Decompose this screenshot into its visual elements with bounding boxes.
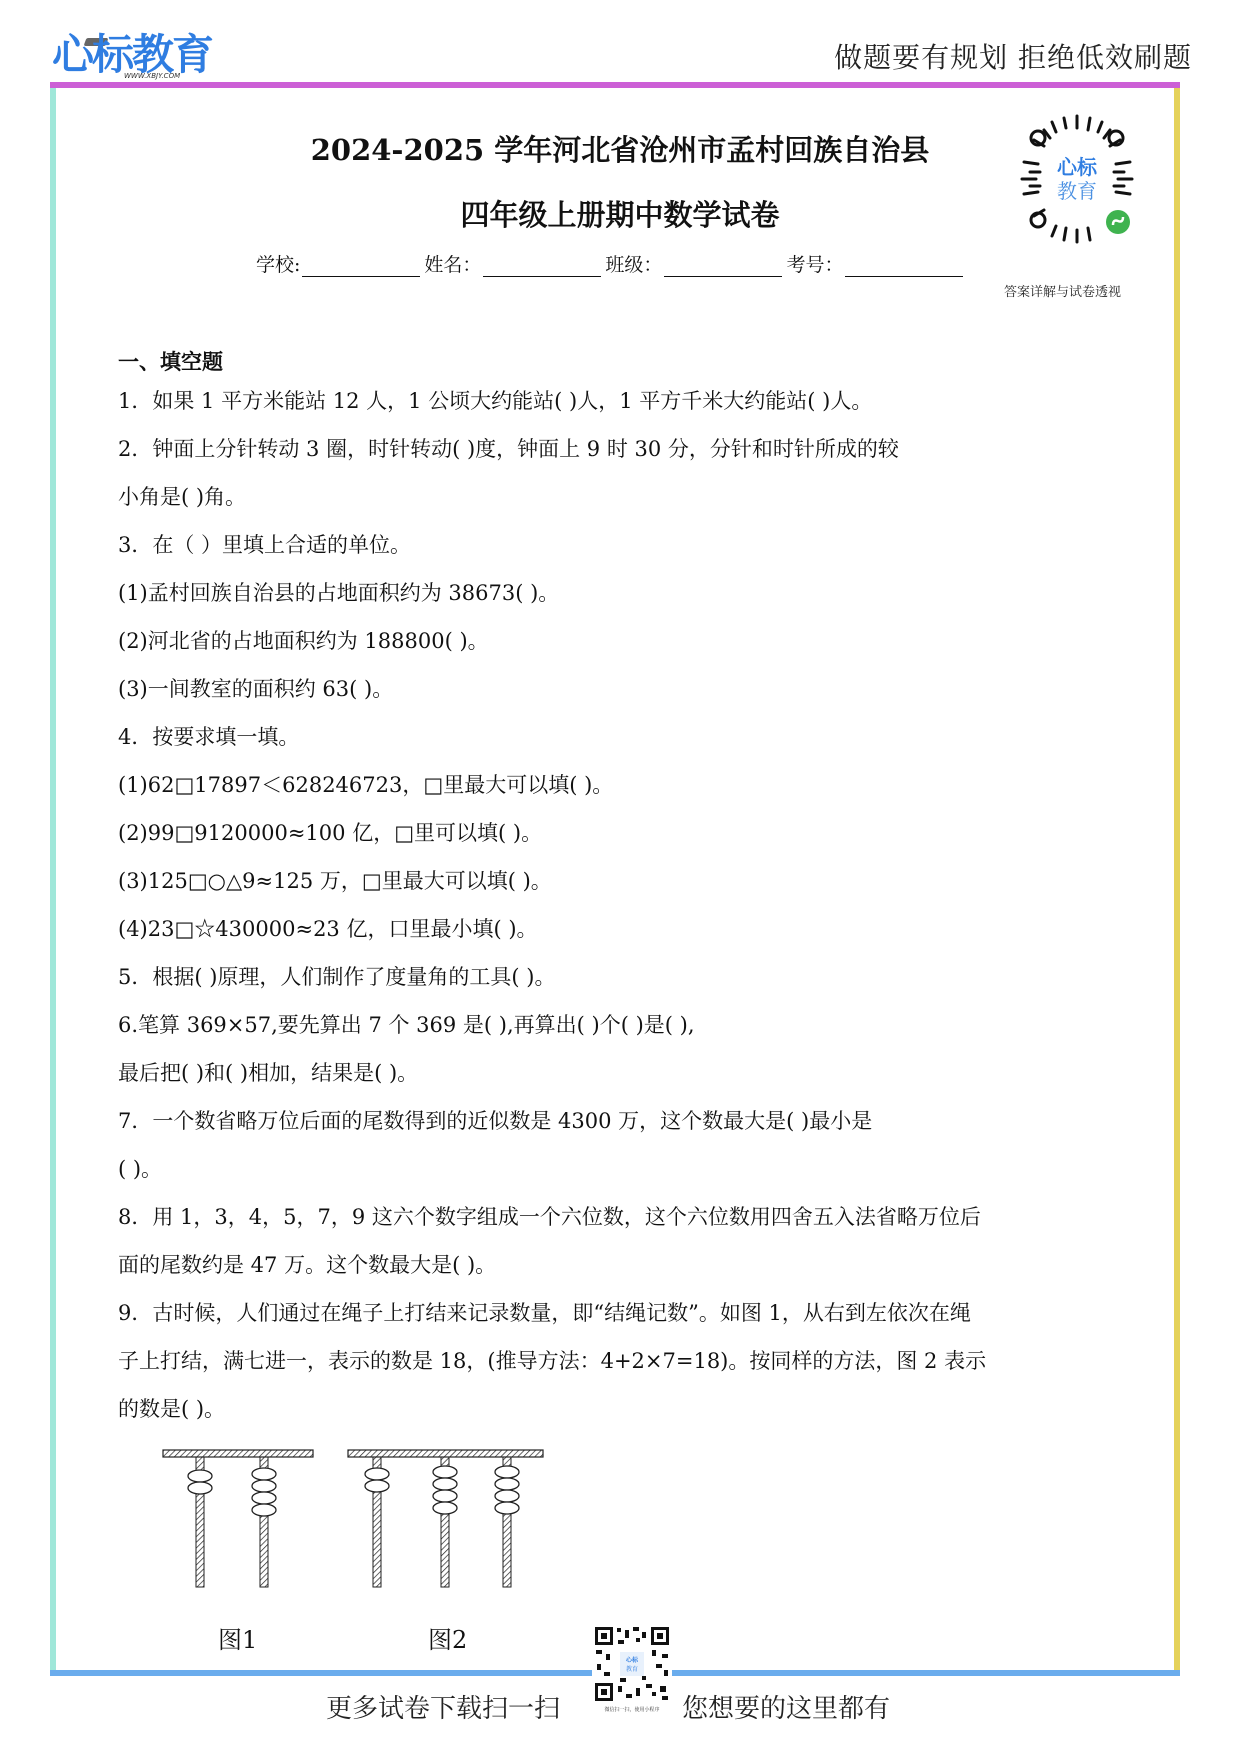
question-4-part2: (2)99□9120000≈100 亿，□里可以填( )。: [118, 818, 542, 848]
question-9-line2: 子上打结，满七进一，表示的数是 18，(推导方法：4+2×7=18)。按同样的方…: [118, 1346, 986, 1376]
name-label: 姓名：: [424, 250, 481, 277]
question-1: 1．如果 1 平方米能站 12 人，1 公顷大约能站( )人，1 平方千米大约能…: [118, 386, 872, 416]
question-5: 5．根据( )原理，人们制作了度量角的工具( )。: [118, 962, 555, 992]
figure-2-label: 图2: [428, 1620, 467, 1655]
question-6-line2: 最后把( )和( )相加，结果是( )。: [118, 1058, 418, 1088]
question-6-line1: 6.笔算 369×57,要先算出 7 个 369 是( ),再算出( )个( )…: [118, 1010, 695, 1040]
question-3: 3．在（ ）里填上合适的单位。: [118, 530, 411, 560]
question-3-part1: (1)孟村回族自治县的占地面积约为 38673( )。: [118, 578, 559, 608]
footer-banner: 更多试卷下载扫一扫 心标 教育 微信扫一扫，使用小程序 您: [0, 1680, 1240, 1754]
question-4-part1: (1)62□17897＜628246723，□里最大可以填( )。: [118, 770, 613, 800]
question-8-line2: 面的尾数约是 47 万。这个数最大是( )。: [118, 1250, 496, 1280]
knotted-rope-icon: [345, 1448, 545, 1608]
exam-number-label: 考号：: [786, 250, 843, 277]
svg-text:教育: 教育: [626, 1665, 638, 1673]
frame-border-top: [50, 82, 1180, 88]
exam-title-line2: 四年级上册期中数学试卷: [200, 193, 1040, 234]
class-field[interactable]: [664, 257, 782, 277]
qr-code-icon: 心标 教育: [1010, 112, 1145, 247]
question-8-line1: 8．用 1，3，4，5，7，9 这六个数字组成一个六位数，这个六位数用四舍五入法…: [118, 1202, 981, 1232]
footer-left-text: 更多试卷下载扫一扫: [326, 1688, 560, 1725]
logo-url: WWW.XBJY.COM: [124, 72, 180, 80]
figure-1-knotted-rope: [160, 1448, 315, 1608]
svg-text:心标: 心标: [1057, 155, 1098, 179]
question-9-line3: 的数是( )。: [118, 1394, 225, 1424]
header-slogan: 做题要有规划 拒绝低效刷题: [834, 36, 1192, 76]
brand-logo: 心标教育 WWW.XBJY.COM: [52, 30, 212, 82]
qr-code-icon: 心标 教育: [592, 1624, 672, 1704]
name-field[interactable]: [483, 257, 601, 277]
frame-border-right: [1174, 88, 1180, 1670]
knotted-rope-icon: [160, 1448, 315, 1608]
svg-text:教育: 教育: [1057, 179, 1097, 203]
question-7-line2: ( )。: [118, 1154, 162, 1184]
question-4: 4．按要求填一填。: [118, 722, 299, 752]
student-info-row: 学校: 姓名： 班级： 考号：: [256, 250, 967, 277]
school-field[interactable]: [302, 257, 420, 277]
exam-title-line1: 2024-2025 学年河北省沧州市孟村回族自治县: [200, 128, 1040, 169]
school-label: 学校:: [256, 250, 300, 277]
frame-border-left: [50, 88, 56, 1670]
figure-2-knotted-rope: [345, 1448, 545, 1608]
question-9-line1: 9．古时候，人们通过在绳子上打结来记录数量，即“结绳记数”。如图 1，从右到左依…: [118, 1298, 971, 1328]
question-7-line1: 7．一个数省略万位后面的尾数得到的近似数是 4300 万，这个数最大是( )最小…: [118, 1106, 872, 1136]
question-4-part3: (3)125□○△9≈125 万，□里最大可以填( )。: [118, 866, 552, 896]
miniprogram-qr-code[interactable]: 心标 教育: [1010, 112, 1145, 247]
qr-caption: 答案详解与试卷透视: [1004, 281, 1121, 300]
section-title-fill-in-blank: 一、填空题: [118, 346, 223, 376]
class-label: 班级：: [605, 250, 662, 277]
question-3-part3: (3)一间教室的面积约 63( )。: [118, 674, 393, 704]
footer-qr-code[interactable]: 心标 教育 微信扫一扫，使用小程序: [592, 1624, 672, 1716]
svg-text:心标: 心标: [625, 1656, 639, 1664]
figure-1-label: 图1: [218, 1620, 257, 1655]
question-2-line1: 2．钟面上分针转动 3 圈，时针转动( )度，钟面上 9 时 30 分，分针和时…: [118, 434, 899, 464]
footer-right-text: 您想要的这里都有: [682, 1688, 890, 1725]
question-4-part4: (4)23□☆430000≈23 亿，口里最小填( )。: [118, 914, 538, 944]
exam-number-field[interactable]: [845, 257, 963, 277]
footer-qr-caption: 微信扫一扫，使用小程序: [592, 1706, 672, 1713]
question-2-line2: 小角是( )角。: [118, 482, 246, 512]
question-3-part2: (2)河北省的占地面积约为 188800( )。: [118, 626, 489, 656]
